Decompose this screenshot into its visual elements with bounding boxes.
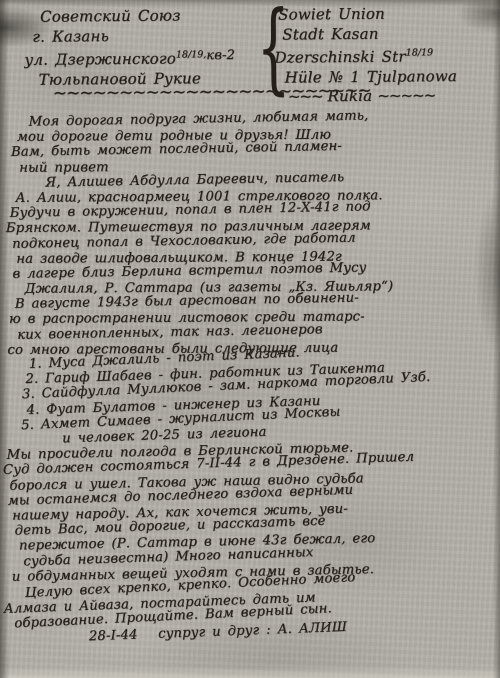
wavy-underline: ~~~ bbox=[288, 87, 323, 105]
address-line: Hüle № 1 Tjulpanowa bbox=[285, 67, 458, 88]
scanned-letter-photo: Советский Союз г. Казань ул. Дзержинског… bbox=[0, 0, 500, 678]
address-line: ул. Дзержинского18/19,кв-2 bbox=[24, 45, 252, 70]
wavy-underline: ~~~~~~~~~~~~~~~~~~~~~~~~ bbox=[53, 88, 253, 99]
wavy-underline: ~~~~~ bbox=[377, 86, 435, 105]
russian-address: Советский Союз г. Казань ул. Дзержинског… bbox=[24, 6, 253, 99]
house-number: 18/19, bbox=[176, 49, 207, 60]
address-line: Советский Союз bbox=[40, 6, 252, 27]
brace-divider: { bbox=[256, 6, 268, 92]
german-address: Sowiet Union Stadt Kasan Dzerschinski St… bbox=[272, 4, 457, 107]
addressee-name: Rukia bbox=[327, 87, 372, 105]
address-line: Dzerschinski Str18/19 bbox=[274, 43, 457, 68]
address-line: г. Казань bbox=[32, 25, 252, 46]
address-line: ~~~Rukia~~~~~ bbox=[283, 86, 458, 107]
street-name: Dzerschinski Str bbox=[274, 47, 405, 66]
letter-content: Советский Союз г. Казань ул. Дзержинског… bbox=[0, 0, 500, 648]
house-number: 18/19 bbox=[406, 47, 433, 58]
address-line: Sowiet Union bbox=[278, 4, 457, 25]
street-name: ул. Дзержинского bbox=[24, 49, 176, 68]
letter-body: Моя дорогая подруга жизни, любимая мать,… bbox=[0, 115, 500, 649]
apartment-number: кв-2 bbox=[206, 48, 235, 63]
paragraph-block: и человек 20-25 из легиона Мы просидели … bbox=[0, 420, 500, 585]
address-line: Stadt Kasan bbox=[282, 24, 457, 45]
letter-line: Моя дорогая подруга жизни, любимая мать, bbox=[28, 106, 498, 130]
address-header: Советский Союз г. Казань ул. Дзержинског… bbox=[0, 4, 500, 110]
paragraph-block: Моя дорогая подруга жизни, любимая мать,… bbox=[0, 108, 500, 357]
